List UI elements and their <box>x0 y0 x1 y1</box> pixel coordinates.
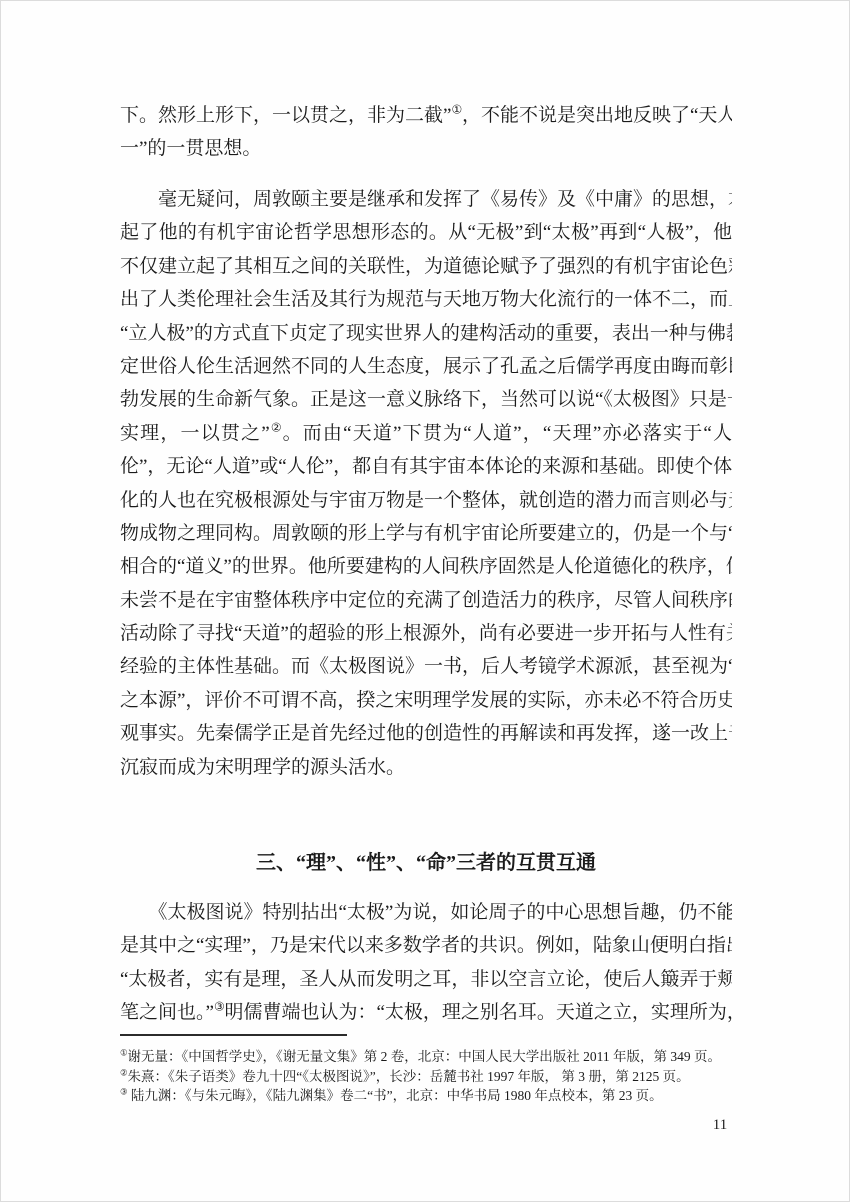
body-text-line: 物成物之理同构。周敦颐的形上学与有机宇宙论所要建立的，仍是一个与“理” <box>120 517 732 550</box>
body-text-line: 沉寂而成为宋明理学的源头活水。 <box>120 751 732 784</box>
paragraph-continued-from-previous-page: 下。然形上形下，一以贯之，非为二截”①，不能不说是突出地反映了“天人合一”的一贯… <box>120 99 732 166</box>
footnote-item: ①谢无量：《中国哲学史》，《谢无量文集》第 2 卷，北京：中国人民大学出版社 2… <box>120 1047 770 1067</box>
footnote-reference-mark: ③ <box>214 1001 225 1014</box>
body-text-line: 勃发展的生命新气象。正是这一意义脉络下，当然可以说“《太极图》只是一个 <box>120 383 732 416</box>
body-text-line: 化的人也在究极根源处与宇宙万物是一个整体，就创造的潜力而言则必与天地生 <box>120 484 732 517</box>
footnote-item: ②朱熹：《朱子语类》卷九十四“《太极图说》”，长沙：岳麓书社 1997 年版， … <box>120 1067 770 1087</box>
body-text-line: 伦”，无论“人道”或“人伦”，都自有其宇宙本体论的来源和基础。即使个体 <box>120 450 732 483</box>
footnote-reference-mark: ② <box>120 1068 128 1077</box>
section-heading: 三、“理”、“性”、“命”三者的互贯互通 <box>120 847 732 880</box>
body-text-line: 未尝不是在宇宙整体秩序中定位的充满了创造活力的秩序，尽管人间秩序的建构 <box>120 584 732 617</box>
body-text-line: “太极者，实有是理，圣人从而发明之耳，非以空言立论，使后人簸弄于颊舌纸 <box>120 963 732 996</box>
body-text-line: 定世俗人伦生活迥然不同的人生态度，展示了孔孟之后儒学再度由晦而彰即将蓬 <box>120 350 732 383</box>
body-text-line: 起了他的有机宇宙论哲学思想形态的。从“无极”到“太极”再到“人极”，他 <box>120 216 732 249</box>
body-text-line: 《太极图说》特别拈出“太极”为说，如论周子的中心思想旨趣，仍不能不 <box>120 896 732 929</box>
page-number: 11 <box>698 1115 742 1135</box>
paragraph-section-body: 《太极图说》特别拈出“太极”为说，如论周子的中心思想旨趣，仍不能不是其中之“实理… <box>120 896 732 1030</box>
footnote-item: ③ 陆九渊：《与朱元晦》，《陆九渊集》卷二“书”，北京：中华书局 1980 年点… <box>120 1086 770 1106</box>
body-text-line: 实理，一以贯之”②。而由“天道”下贯为“人道”，“天理”亦必落实于“人 <box>120 417 732 450</box>
footnote-reference-mark: ② <box>270 421 283 434</box>
body-text-line: 一”的一贯思想。 <box>120 132 732 165</box>
body-text-line: 笔之间也。”③明儒曹端也认为：“太极，理之别名耳。天道之立，实理所为，理 <box>120 996 732 1029</box>
footnote-separator-rule <box>120 1034 347 1036</box>
document-page: 下。然形上形下，一以贯之，非为二截”①，不能不说是突出地反映了“天人合一”的一贯… <box>0 0 850 1202</box>
body-text-line: 观事实。先秦儒学正是首先经过他的创造性的再解读和再发挥，遂一改上千年的 <box>120 717 732 750</box>
body-text-line: 相合的“道义”的世界。他所要建构的人间秩序固然是人伦道德化的秩序，但也 <box>120 550 732 583</box>
paragraph-main-body: 毫无疑问，周敦颐主要是继承和发挥了《易传》及《中庸》的思想，才建立起了他的有机宇… <box>120 183 732 784</box>
body-text-line: 经验的主体性基础。而《太极图说》一书，后人考镜学术源派，甚至视为“道学 <box>120 650 732 683</box>
footnote-reference-mark: ① <box>451 104 462 117</box>
footnote-reference-mark: ③ <box>120 1088 128 1097</box>
footnote-reference-mark: ① <box>120 1049 128 1058</box>
footnotes-list: ①谢无量：《中国哲学史》，《谢无量文集》第 2 卷，北京：中国人民大学出版社 2… <box>120 1047 770 1106</box>
body-text-line: 之本源”，评价不可谓不高，揆之宋明理学发展的实际，亦未必不符合历史的客 <box>120 684 732 717</box>
body-text-line: 活动除了寻找“天道”的超验的形上根源外，尚有必要进一步开拓与人性有关的 <box>120 617 732 650</box>
body-text-line: 出了人类伦理社会生活及其行为规范与天地万物大化流行的一体不二，而且还以 <box>120 283 732 316</box>
body-text-line: 是其中之“实理”，乃是宋代以来多数学者的共识。例如，陆象山便明白指出： <box>120 929 732 962</box>
body-text-line: “立人极”的方式直下贞定了现实世界人的建构活动的重要，表出一种与佛教否 <box>120 317 732 350</box>
body-text-line: 毫无疑问，周敦颐主要是继承和发挥了《易传》及《中庸》的思想，才建立 <box>120 183 732 216</box>
body-text-line: 不仅建立起了其相互之间的关联性，为道德论赋予了强烈的有机宇宙论色彩，突 <box>120 250 732 283</box>
body-text-line: 下。然形上形下，一以贯之，非为二截”①，不能不说是突出地反映了“天人合 <box>120 99 732 132</box>
